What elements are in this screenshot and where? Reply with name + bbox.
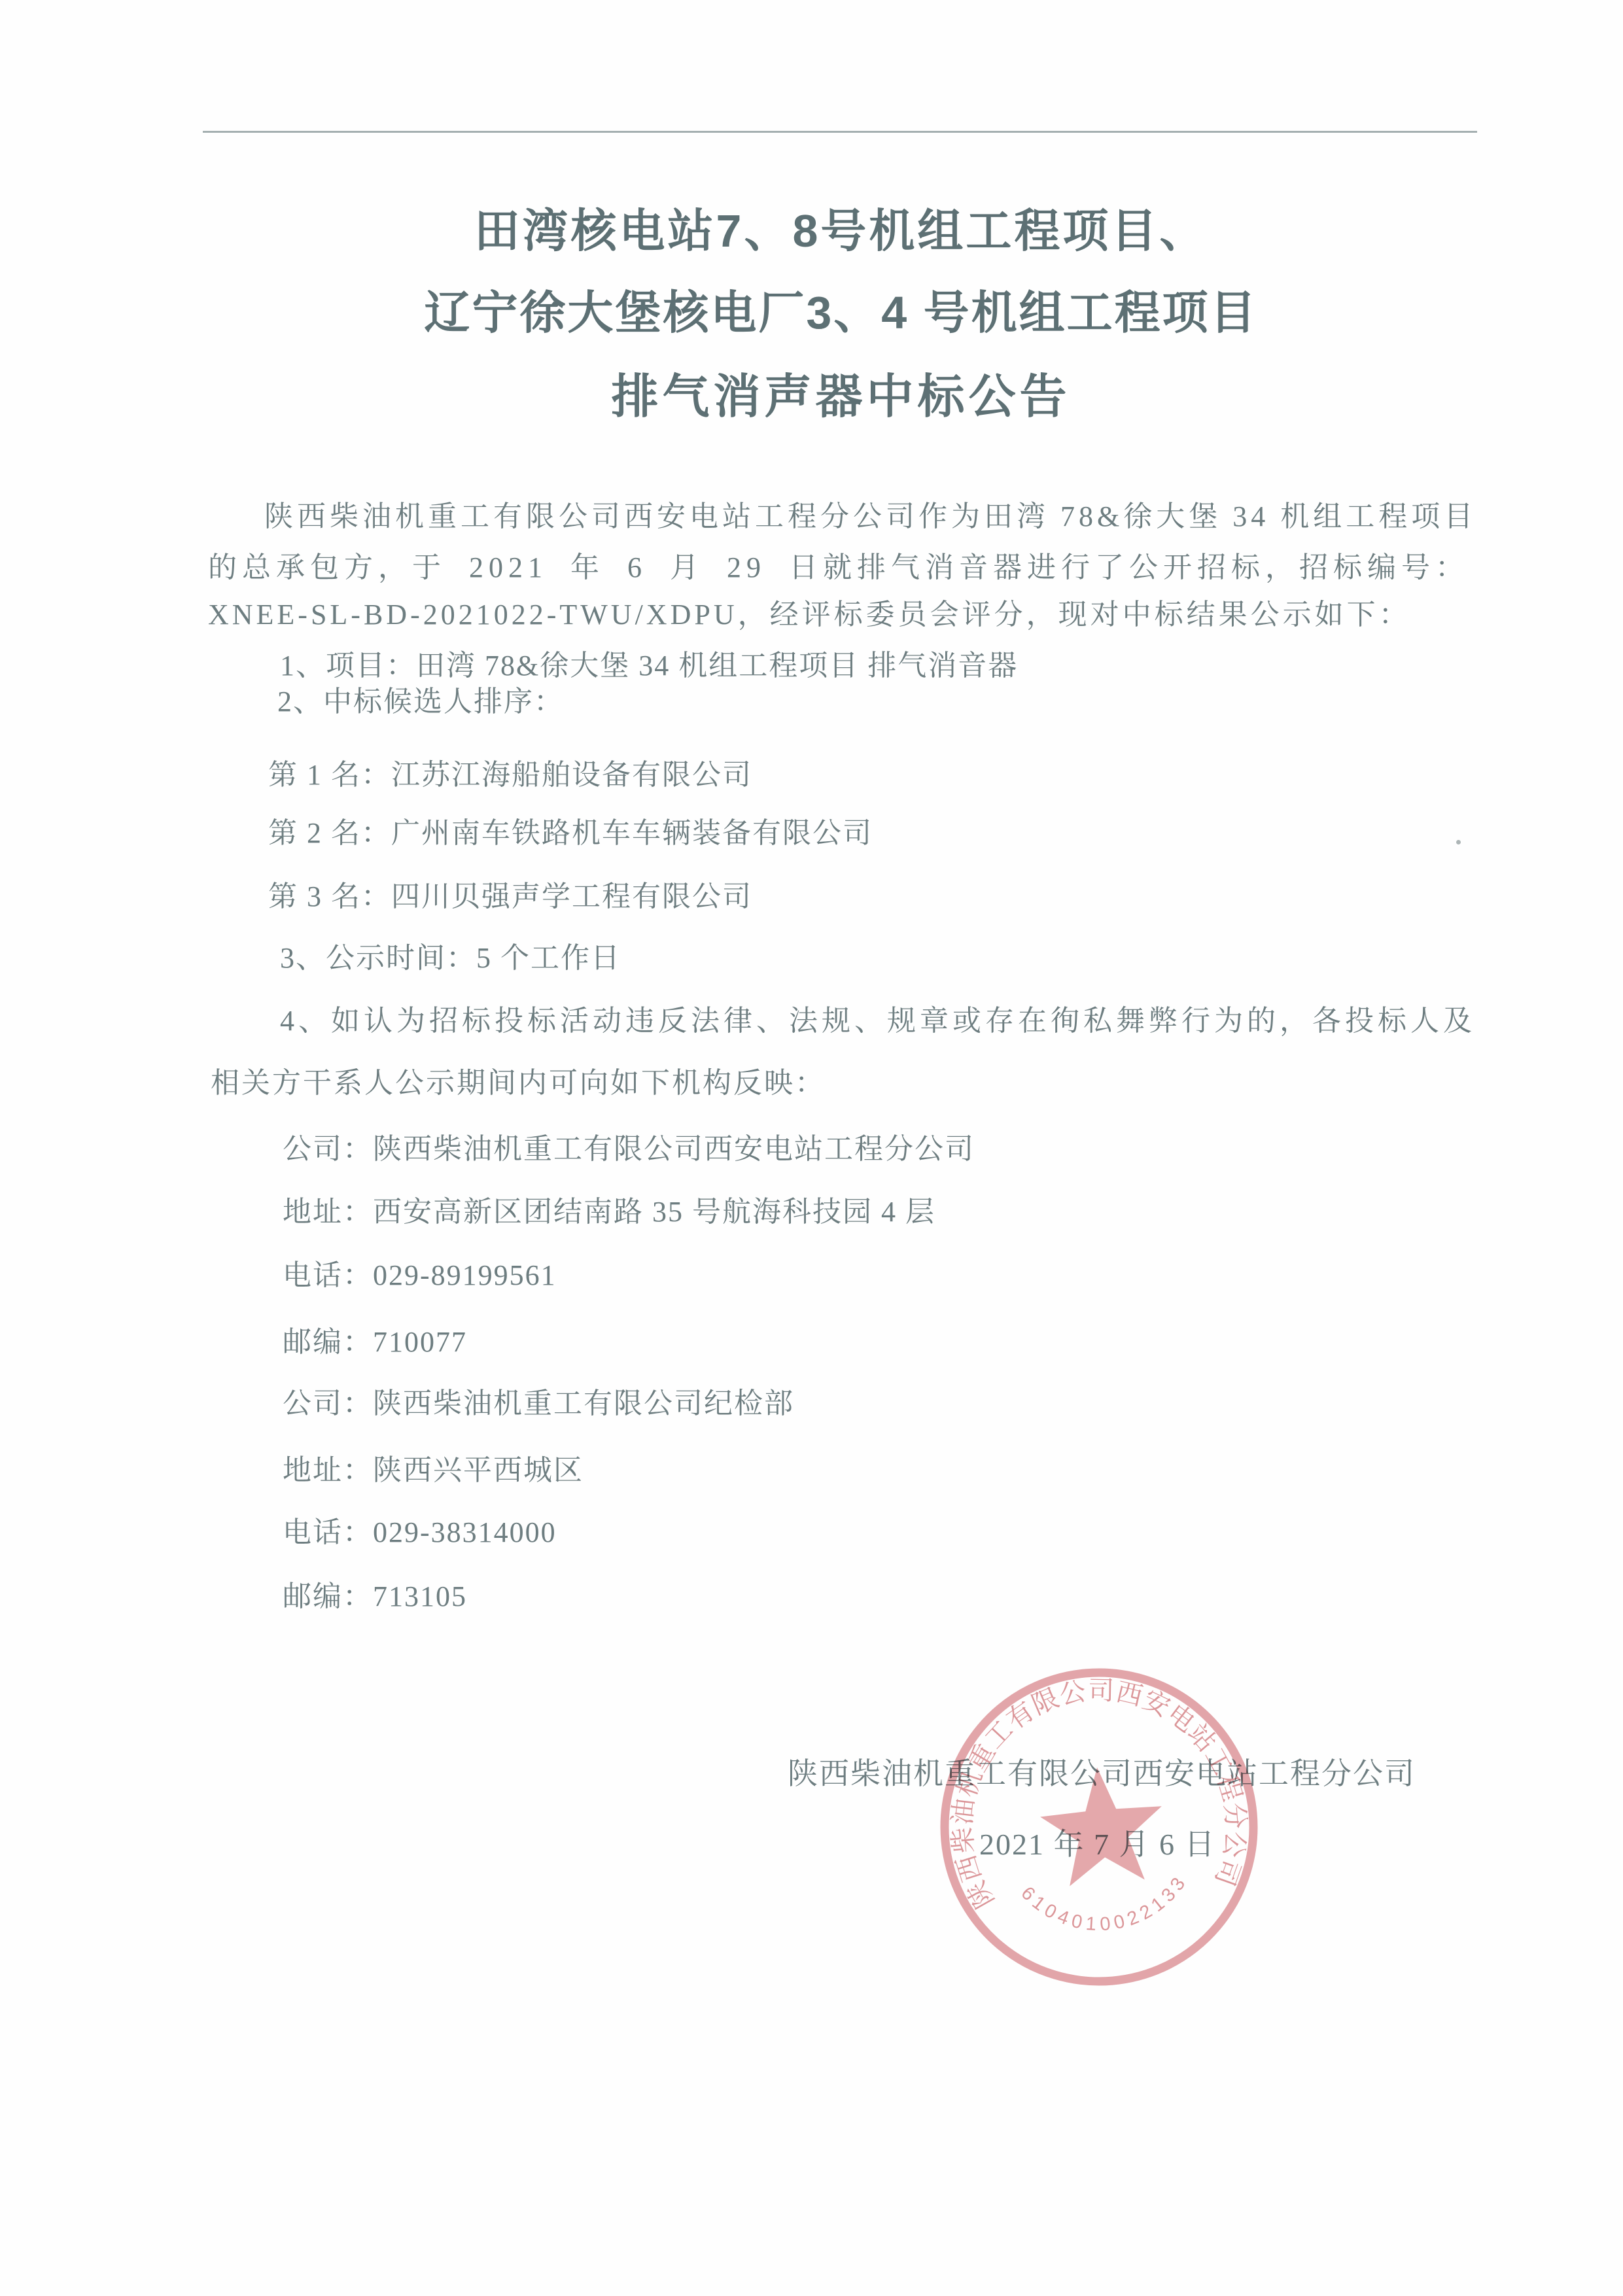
svg-text:6104010022133: 6104010022133 (1016, 1869, 1196, 1942)
contact-phone-2: 电话：029-38314000 (283, 1518, 557, 1547)
contact-zip-1: 邮编：710077 (283, 1328, 467, 1357)
contact-zip-2: 邮编：713105 (283, 1582, 467, 1611)
list-item-complaint: 4、如认为招标投标活动违反法律、法规、规章或存在徇私舞弊行为的，各投标人及 (280, 1007, 1476, 1035)
contact-company-2: 公司：陕西柴油机重工有限公司纪检部 (283, 1389, 794, 1418)
rank-line-3: 第 3 名：四川贝强声学工程有限公司 (268, 882, 752, 911)
list-item-project: 1、项目：田湾 78&徐大堡 34 机组工程项目 排气消音器 (280, 652, 1018, 680)
title-line-1: 田湾核电站7、8号机组工程项目、 (29, 208, 1623, 254)
paragraph-line: XNEE-SL-BD-2021022-TWU/XDPU，经评标委员会评分，现对中… (208, 600, 1411, 629)
paragraph-line: 的总承包方，于 2021 年 6 月 29 日就排气消音器进行了公开招标，招标编… (208, 553, 1469, 582)
contact-phone-1: 电话：029-89199561 (283, 1261, 557, 1290)
list-item-period: 3、公示时间：5 个工作日 (280, 944, 621, 973)
contact-address-1: 地址：西安高新区团结南路 35 号航海科技园 4 层 (283, 1198, 935, 1226)
list-item-candidates: 2、中标候选人排序： (277, 687, 564, 716)
document-page: 田湾核电站7、8号机组工程项目、 辽宁徐大堡核电厂3、4 号机组工程项目 排气消… (0, 0, 1623, 2296)
top-rule-line (203, 131, 1477, 133)
paragraph-line: 陕西柴油机重工有限公司西安电站工程分公司作为田湾 78&徐大堡 34 机组工程项… (264, 502, 1476, 531)
company-seal-stamp: 陕西柴油机重工有限公司西安电站工程分公司 6104010022133 (901, 1629, 1298, 2026)
title-line-2: 辽宁徐大堡核电厂3、4 号机组工程项目 (29, 290, 1623, 336)
title-line-3: 排气消声器中标公告 (29, 374, 1623, 421)
seal-star-icon (1036, 1762, 1168, 1888)
rank-line-2: 第 2 名：广州南车铁路机车车辆装备有限公司 (268, 819, 873, 848)
contact-address-2: 地址：陕西兴平西城区 (283, 1456, 584, 1485)
contact-company-1: 公司：陕西柴油机重工有限公司西安电站工程分公司 (283, 1135, 975, 1164)
rank-line-1: 第 1 名：江苏江海船舶设备有限公司 (268, 761, 752, 790)
scan-speck (1456, 840, 1461, 844)
list-item-complaint-cont: 相关方干系人公示期间内可向如下机构反映： (211, 1069, 826, 1098)
seal-serial-number: 6104010022133 (1016, 1869, 1196, 1942)
